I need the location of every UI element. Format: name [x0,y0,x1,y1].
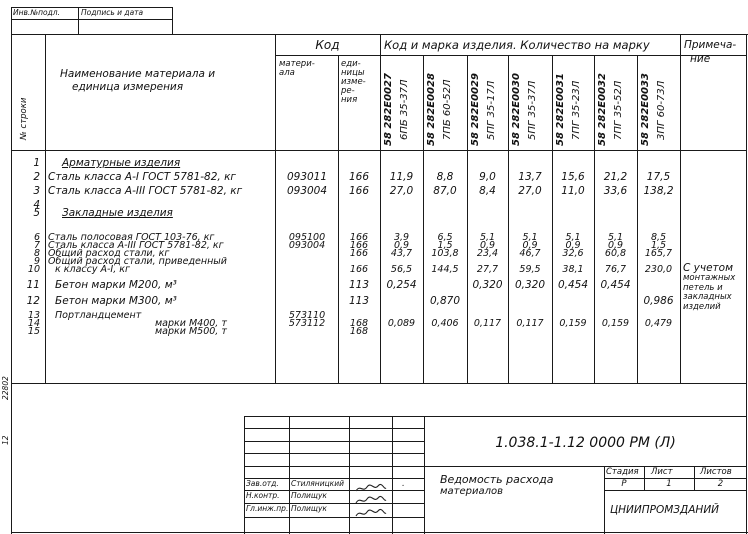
product-mark-1: 7ПБ 60-52Л [443,80,452,141]
unit-code: 166 [339,186,379,197]
quantity-cell: 46,7 [508,248,552,259]
row-number: 3 [14,186,40,197]
organization-name: ЦНИИПРОМЗДАНИЙ [610,505,719,516]
product-code-3: 58 282Е0030 [512,73,521,146]
quantity-cell: 21,2 [594,172,637,183]
quantity-cell: 15,6 [552,172,594,183]
quantity-cell: 0,479 [637,318,680,329]
quantity-cell: 59,5 [508,264,552,275]
header-code-unit: еди-ницыизме-ре-ния [341,60,379,105]
quantity-cell: 17,5 [637,172,680,183]
row-number: 10 [14,264,40,275]
material-code: 093011 [278,172,336,183]
product-code-6: 58 282Е0033 [641,73,650,146]
product-code-4: 58 282Е0031 [556,73,565,146]
quantity-cell: 0,320 [508,280,552,291]
note-line: изделий [683,303,735,313]
quantity-cell: 23,4 [467,248,508,259]
material-code: 093004 [278,240,336,251]
product-code-2: 58 282Е0029 [471,73,480,146]
quantity-cell: 27,0 [508,186,552,197]
quantity-cell: 0,454 [552,280,594,291]
signature-icon [354,504,388,523]
material-name: Бетон марки М300, м³ [55,296,177,307]
quantity-cell: 0,089 [380,318,423,329]
quantity-cell: 11,0 [552,186,594,197]
unit-code: 166 [339,172,379,183]
signature-date-label: Подпись и дата [81,9,143,17]
margin-archive-number: 22802 [2,376,10,400]
signer-name: Полищук [291,492,327,500]
row-number: 5 [14,208,40,219]
quantity-cell: 13,7 [508,172,552,183]
quantity-cell: 32,6 [552,248,594,259]
quantity-cell: 33,6 [594,186,637,197]
unit-code: 166 [339,248,379,259]
unit-code: 113 [339,296,379,307]
signer-name: Полищук [291,505,327,513]
quantity-cell: 76,7 [594,264,637,275]
product-code-1: 58 282Е0028 [427,73,436,146]
quantity-cell: 11,9 [380,172,423,183]
stage-value: Р [604,480,644,489]
quantity-cell: 0,254 [380,280,423,291]
quantity-cell: 9,0 [467,172,508,183]
quantity-cell: 0,117 [508,318,552,329]
header-row-number: № строки [20,98,29,140]
header-products-group: Код и марка изделия. Количество на марку [384,40,650,51]
unit-code: 113 [339,280,379,291]
material-name: марки М500, т [155,326,227,337]
row-number: 15 [14,326,40,337]
unit-code: 166 [339,264,379,275]
quantity-cell: 56,5 [380,264,423,275]
product-mark-0: 6ПБ 35-37Л [400,80,409,141]
stage-label: Стадия [606,468,639,477]
quantity-cell: 8,8 [423,172,467,183]
row-number: 2 [14,172,40,183]
signer-role: Н.контр. [246,492,280,500]
quantity-cell: 103,8 [423,248,467,259]
sheets-value: 2 [694,480,747,489]
document-code: 1.038.1-1.12 0000 РМ (Л) [424,436,747,451]
notes-cell: С учетоммонтажныхпетель изакладныхиздели… [683,262,735,312]
row-number: 12 [14,296,40,307]
quantity-cell: 87,0 [423,186,467,197]
quantity-cell: 165,7 [637,248,680,259]
quantity-cell: 138,2 [637,186,680,197]
title-dot: . [402,480,405,489]
quantity-cell: 38,1 [552,264,594,275]
product-mark-5: 7ПГ 35-52Л [614,81,623,140]
header-code-material: матери-ала [279,60,335,78]
unit-code: 168 [339,326,379,337]
product-code-0: 58 282Е0027 [384,73,393,146]
material-name: Портландцемент [55,310,141,321]
material-code: 093004 [278,186,336,197]
quantity-cell: 0,406 [423,318,467,329]
quantity-cell: 0,454 [594,280,637,291]
product-mark-2: 5ПГ 35-17Л [487,81,496,140]
product-mark-3: 5ПГ 35-37Л [528,81,537,140]
product-code-5: 58 282Е0032 [598,73,607,146]
product-mark-4: 7ПГ 35-23Л [572,81,581,140]
row-number: 1 [14,158,40,169]
row-number: 11 [14,280,40,291]
signer-role: Гл.инж.пр. [246,505,288,513]
material-name: к классу А-I, кг [55,264,130,275]
quantity-cell: 144,5 [423,264,467,275]
material-name: Бетон марки М200, м³ [55,280,177,291]
header-name-line2: единица измерения [72,82,183,93]
material-name: Закладные изделия [62,208,173,219]
quantity-cell: 0,320 [467,280,508,291]
document-title-l1: Ведомость расхода [440,474,553,485]
product-mark-6: 3ПГ 60-73Л [657,81,666,140]
quantity-cell: 60,8 [594,248,637,259]
material-code: 573112 [278,318,336,329]
quantity-cell: 230,0 [637,264,680,275]
material-name: Сталь класса А-I ГОСТ 5781-82, кг [48,172,236,183]
quantity-cell: 27,0 [380,186,423,197]
signer-role: Зав.отд. [246,480,279,488]
header-notes-l2: ние [690,54,710,65]
quantity-cell: 0,870 [423,296,467,307]
margin-sheet-number: 12 [2,435,10,445]
material-name: Сталь класса А-III ГОСТ 5781-82, кг [48,186,242,197]
quantity-cell: 0,117 [467,318,508,329]
quantity-cell: 43,7 [380,248,423,259]
document-title-l2: материалов [440,486,503,497]
quantity-cell: 0,159 [552,318,594,329]
sheet-value: 1 [644,480,694,489]
quantity-cell: 0,159 [594,318,637,329]
header-name-line1: Наименование материала и [60,69,215,80]
signer-name: Стиляницкий [291,480,344,488]
sheets-label: Листов [700,468,732,477]
quantity-cell: 8,4 [467,186,508,197]
inv-number-label: Инв.№подл. [13,9,60,17]
header-notes-l1: Примеча- [684,40,736,51]
quantity-cell: 0,986 [637,296,680,307]
quantity-cell: 27,7 [467,264,508,275]
sheet-label: Лист [651,468,673,477]
header-code-group: Код [275,40,380,51]
material-name: Арматурные изделия [62,158,180,169]
